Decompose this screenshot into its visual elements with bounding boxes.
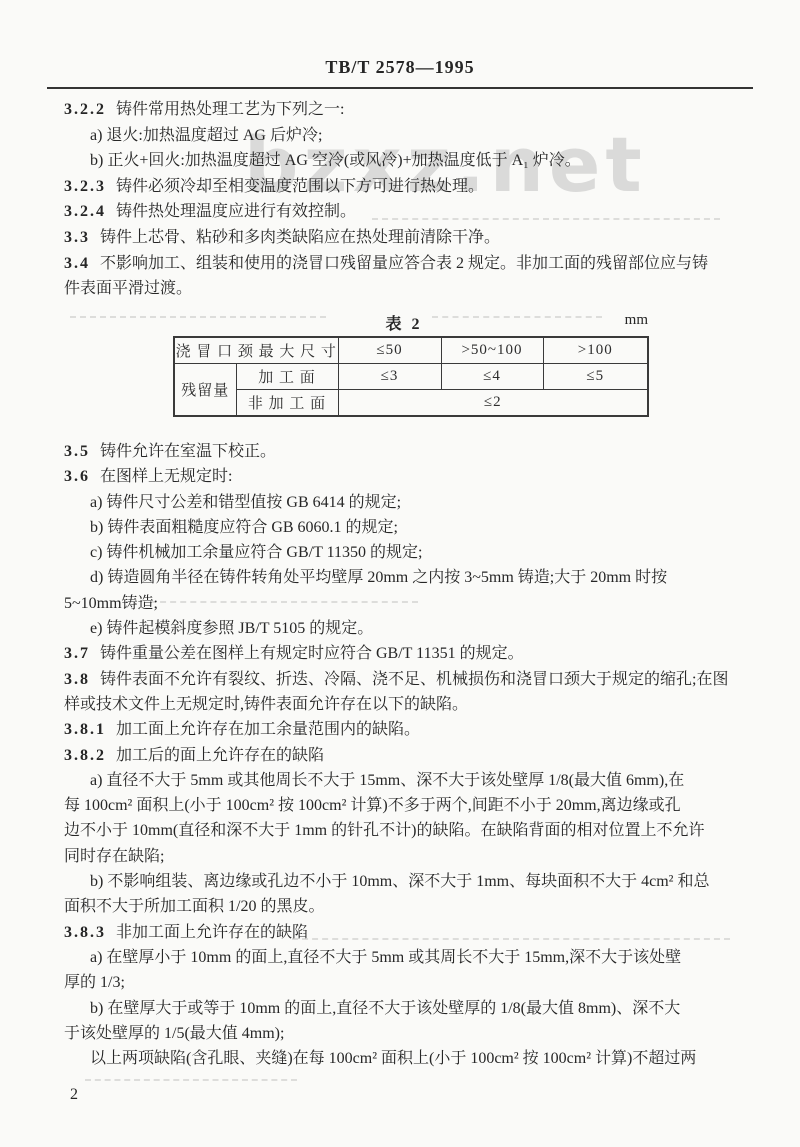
- table-group-label: 残留量: [174, 364, 236, 417]
- continuation-line: 5~10mm铸造;: [64, 591, 754, 616]
- clauses-top-section: 3.2.2铸件常用热处理工艺为下列之一:a) 退火:加热温度超过 AG 后炉冷;…: [64, 97, 754, 302]
- clause-3-8-1: 3.8.1加工面上允许存在加工余量范围内的缺陷。: [64, 717, 754, 742]
- table-2-block: 表 2 mm 浇 冒 口 颈 最 大 尺 寸 ≤50 >50~100 >100 …: [64, 311, 744, 417]
- continuation-line: 面积不大于所加工面积 1/20 的黑皮。: [64, 894, 754, 919]
- clause-text: e) 铸件起模斜度参照 JB/T 5105 的规定。: [90, 620, 373, 637]
- clause-number: 3.3: [64, 229, 90, 246]
- clause-text: 件表面平滑过渡。: [64, 280, 192, 297]
- list-item-line: b) 铸件表面粗糙度应符合 GB 6060.1 的规定;: [64, 515, 754, 540]
- table-header-value: >100: [543, 337, 648, 364]
- table-cell: ≤3: [338, 364, 441, 390]
- clause-text: 于该处壁厚的 1/5(最大值 4mm);: [64, 1025, 284, 1042]
- clause-3-4: 3.4不影响加工、组装和使用的浇冒口残留量应答合表 2 规定。非加工面的残留部位…: [64, 251, 754, 277]
- clause-text: 铸件热处理温度应进行有效控制。: [116, 203, 356, 220]
- clause-number: 3.5: [64, 443, 90, 460]
- clause-text: a) 退火:加热温度超过 AG 后炉冷;: [90, 127, 322, 144]
- clause-text: 铸件上芯骨、粘砂和多肉类缺陷应在热处理前清除干净。: [100, 229, 500, 246]
- clause-text: 同时存在缺陷;: [64, 848, 164, 865]
- clause-text: b) 铸件表面粗糙度应符合 GB 6060.1 的规定;: [90, 519, 398, 536]
- table-cell: ≤4: [441, 364, 543, 390]
- clause-text: 铸件必须冷却至相变温度范围以下方可进行热处理。: [116, 178, 484, 195]
- clause-text: 非加工面上允许存在的缺陷: [116, 924, 308, 941]
- clause-text: a) 直径不大于 5mm 或其他周长不大于 15mm、深不大于该处壁厚 1/8(…: [90, 772, 684, 789]
- clause-3-2-3: 3.2.3铸件必须冷却至相变温度范围以下方可进行热处理。: [64, 174, 754, 200]
- clause-number: 3.2.3: [64, 178, 106, 195]
- clause-3-6: 3.6在图样上无规定时:: [64, 464, 754, 489]
- continuation-line: 件表面平滑过渡。: [64, 276, 754, 302]
- clause-number: 3.2.4: [64, 203, 106, 220]
- list-item-line: c) 铸件机械加工余量应符合 GB/T 11350 的规定;: [64, 540, 754, 565]
- clause-text: a) 铸件尺寸公差和错型值按 GB 6414 的规定;: [90, 494, 401, 511]
- clause-3-5: 3.5铸件允许在室温下校正。: [64, 439, 754, 464]
- table-header-value: >50~100: [441, 337, 543, 364]
- continuation-line: 于该处壁厚的 1/5(最大值 4mm);: [64, 1021, 754, 1046]
- header-rule: [47, 87, 753, 89]
- clause-text: 在图样上无规定时:: [100, 468, 232, 485]
- list-item-line: b) 不影响组装、离边缘或孔边不小于 10mm、深不大于 1mm、每块面积不大于…: [64, 869, 754, 894]
- document-page: bzxz.net TB/T 2578—1995 3.2.2铸件常用热处理工艺为下…: [0, 0, 800, 1147]
- clause-text: 不影响加工、组装和使用的浇冒口残留量应答合表 2 规定。非加工面的残留部位应与铸: [100, 255, 708, 272]
- clause-text: b) 不影响组装、离边缘或孔边不小于 10mm、深不大于 1mm、每块面积不大于…: [90, 873, 709, 890]
- continuation-line: 样或技术文件上无规定时,铸件表面允许存在以下的缺陷。: [64, 692, 754, 717]
- clause-number: 3.8.1: [64, 721, 106, 738]
- clause-number: 3.6: [64, 468, 90, 485]
- list-item-line: 以上两项缺陷(含孔眼、夹缝)在每 100cm² 面积上(小于 100cm² 按 …: [64, 1046, 754, 1071]
- table-caption-row: 表 2 mm: [64, 311, 744, 336]
- list-item-line: b) 在壁厚大于或等于 10mm 的面上,直径不大于该处壁厚的 1/8(最大值 …: [64, 996, 754, 1021]
- clause-text: c) 铸件机械加工余量应符合 GB/T 11350 的规定;: [90, 544, 422, 561]
- clause-text: 每 100cm² 面积上(小于 100cm² 按 100cm² 计算)不多于两个…: [64, 797, 681, 814]
- clause-text: 边不小于 10mm(直径和深不大于 1mm 的针孔不计)的缺陷。在缺陷背面的相对…: [64, 822, 704, 839]
- scan-noise: [85, 1079, 297, 1081]
- continuation-line: 厚的 1/3;: [64, 970, 754, 995]
- table-row-label: 加 工 面: [236, 364, 338, 390]
- list-item-line: e) 铸件起模斜度参照 JB/T 5105 的规定。: [64, 616, 754, 641]
- clause-text: 铸件表面不允许有裂纹、折迭、冷隔、浇不足、机械损伤和浇冒口颈大于规定的缩孔;在图: [100, 671, 728, 688]
- clause-3-7: 3.7铸件重量公差在图样上有规定时应符合 GB/T 11351 的规定。: [64, 641, 754, 666]
- table-header-value: ≤50: [338, 337, 441, 364]
- clause-text: 以上两项缺陷(含孔眼、夹缝)在每 100cm² 面积上(小于 100cm² 按 …: [90, 1050, 696, 1067]
- clause-text: 5~10mm铸造;: [64, 595, 158, 612]
- table-header-label: 浇 冒 口 颈 最 大 尺 寸: [174, 337, 338, 364]
- clause-text: 加工面上允许存在加工余量范围内的缺陷。: [116, 721, 420, 738]
- clause-3-8-2: 3.8.2加工后的面上允许存在的缺陷: [64, 743, 754, 768]
- residue-allowance-table: 浇 冒 口 颈 最 大 尺 寸 ≤50 >50~100 >100 残留量 加 工…: [173, 336, 649, 417]
- clause-3-2-4: 3.2.4铸件热处理温度应进行有效控制。: [64, 199, 754, 225]
- clause-text: 厚的 1/3;: [64, 974, 125, 991]
- table-caption: 表 2: [385, 311, 422, 334]
- table-unit-label: mm: [625, 312, 648, 329]
- standard-number: TB/T 2578—1995: [0, 57, 800, 78]
- list-item-line: d) 铸造圆角半径在铸件转角处平均壁厚 20mm 之内按 3~5mm 铸造;大于…: [64, 565, 754, 590]
- clause-text: 铸件重量公差在图样上有规定时应符合 GB/T 11351 的规定。: [100, 645, 524, 662]
- list-item-line: a) 在壁厚小于 10mm 的面上,直径不大于 5mm 或其周长不大于 15mm…: [64, 945, 754, 970]
- clause-number: 3.2.2: [64, 101, 106, 118]
- clause-3-2-2: 3.2.2铸件常用热处理工艺为下列之一:: [64, 97, 754, 123]
- table-row-label: 非 加 工 面: [236, 390, 338, 417]
- clause-number: 3.8.3: [64, 924, 106, 941]
- clause-number: 3.4: [64, 255, 90, 272]
- clauses-bottom-section: 3.5铸件允许在室温下校正。3.6在图样上无规定时:a) 铸件尺寸公差和错型值按…: [64, 439, 754, 1071]
- list-item-line: a) 铸件尺寸公差和错型值按 GB 6414 的规定;: [64, 490, 754, 515]
- clause-3-3: 3.3铸件上芯骨、粘砂和多肉类缺陷应在热处理前清除干净。: [64, 225, 754, 251]
- clause-text: b) 在壁厚大于或等于 10mm 的面上,直径不大于该处壁厚的 1/8(最大值 …: [90, 1000, 680, 1017]
- clause-text: 铸件常用热处理工艺为下列之一:: [116, 101, 344, 118]
- clause-text: 样或技术文件上无规定时,铸件表面允许存在以下的缺陷。: [64, 696, 468, 713]
- page-number: 2: [70, 1086, 78, 1104]
- list-item-line: a) 退火:加热温度超过 AG 后炉冷;: [64, 123, 754, 149]
- clause-text: d) 铸造圆角半径在铸件转角处平均壁厚 20mm 之内按 3~5mm 铸造;大于…: [90, 569, 667, 586]
- clause-text: 加工后的面上允许存在的缺陷: [116, 747, 324, 764]
- table-row: 浇 冒 口 颈 最 大 尺 寸 ≤50 >50~100 >100: [174, 337, 648, 364]
- table-row: 非 加 工 面 ≤2: [174, 390, 648, 417]
- clause-text: a) 在壁厚小于 10mm 的面上,直径不大于 5mm 或其周长不大于 15mm…: [90, 949, 681, 966]
- clause-text: 铸件允许在室温下校正。: [100, 443, 276, 460]
- clause-number: 3.8.2: [64, 747, 106, 764]
- table-cell: ≤5: [543, 364, 648, 390]
- list-item-line: a) 直径不大于 5mm 或其他周长不大于 15mm、深不大于该处壁厚 1/8(…: [64, 768, 754, 793]
- clause-number: 3.7: [64, 645, 90, 662]
- table-cell: ≤2: [338, 390, 648, 417]
- clause-number: 3.8: [64, 671, 90, 688]
- clause-3-8-3: 3.8.3非加工面上允许存在的缺陷: [64, 920, 754, 945]
- list-item-line: b) 正火+回火:加热温度超过 AG 空冷(或风冷)+加热温度低于 A₁ 炉冷。: [64, 148, 754, 174]
- clause-3-8: 3.8铸件表面不允许有裂纹、折迭、冷隔、浇不足、机械损伤和浇冒口颈大于规定的缩孔…: [64, 667, 754, 692]
- clause-text: 面积不大于所加工面积 1/20 的黑皮。: [64, 898, 324, 915]
- continuation-line: 边不小于 10mm(直径和深不大于 1mm 的针孔不计)的缺陷。在缺陷背面的相对…: [64, 818, 754, 843]
- clause-text: b) 正火+回火:加热温度超过 AG 空冷(或风冷)+加热温度低于 A₁ 炉冷。: [90, 152, 581, 169]
- continuation-line: 同时存在缺陷;: [64, 844, 754, 869]
- table-row: 残留量 加 工 面 ≤3 ≤4 ≤5: [174, 364, 648, 390]
- continuation-line: 每 100cm² 面积上(小于 100cm² 按 100cm² 计算)不多于两个…: [64, 793, 754, 818]
